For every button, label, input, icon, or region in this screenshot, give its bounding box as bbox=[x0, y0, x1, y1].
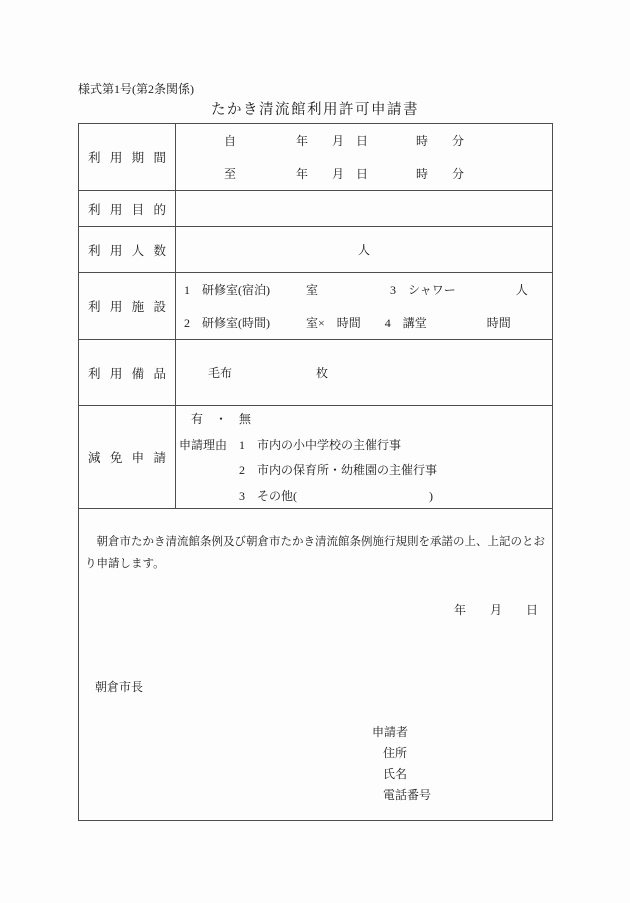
row-usage-period: 利用期間 自 年 月 日 時 分 至 年 月 日 時 分 bbox=[79, 124, 552, 191]
facilities-label-cell: 利用施設 bbox=[79, 273, 176, 339]
applicant-heading: 申請者 bbox=[372, 722, 431, 743]
application-form-table: 利用期間 自 年 月 日 時 分 至 年 月 日 時 分 利用目的 利用人数 人… bbox=[78, 123, 553, 821]
declaration-line-2: り申請します。 bbox=[85, 553, 544, 575]
applicant-block: 申請者 住所 氏名 電話番号 bbox=[372, 722, 431, 806]
application-date-line: 年 月 日 bbox=[454, 601, 538, 618]
exemption-yes-no-line: 有 ・ 無 bbox=[179, 410, 552, 427]
facilities-line-2: 2 研修室(時間) 室× 時間 4 講堂 時間 bbox=[184, 314, 552, 331]
row-facilities: 利用施設 1 研修室(宿泊) 室 3 シャワー 人 2 研修室(時間) 室× 時… bbox=[79, 273, 552, 340]
exemption-label: 減免申請 bbox=[79, 448, 175, 466]
facilities-content: 1 研修室(宿泊) 室 3 シャワー 人 2 研修室(時間) 室× 時間 4 講… bbox=[176, 273, 552, 339]
equipment-label-cell: 利用備品 bbox=[79, 340, 176, 405]
signature-section: 朝倉市たかき清流館条例及び朝倉市たかき清流館条例施行規則を承諾の上、上記のとお … bbox=[79, 509, 552, 820]
exemption-reason-line-3: 3 その他( ) bbox=[179, 487, 552, 504]
mayor-label: 朝倉市長 bbox=[95, 678, 143, 695]
row-usage-purpose: 利用目的 bbox=[79, 191, 552, 227]
applicant-address-label: 住所 bbox=[372, 743, 431, 764]
facilities-line-1: 1 研修室(宿泊) 室 3 シャワー 人 bbox=[184, 281, 552, 298]
usage-period-from-line: 自 年 月 日 時 分 bbox=[176, 132, 552, 149]
applicant-name-label: 氏名 bbox=[372, 764, 431, 785]
usage-purpose-content bbox=[176, 191, 552, 226]
usage-purpose-label: 利用目的 bbox=[79, 200, 175, 218]
exemption-reason-line-2: 2 市内の保育所・幼稚園の主催行事 bbox=[179, 461, 552, 478]
row-equipment: 利用備品 毛布 枚 bbox=[79, 340, 552, 406]
declaration-paragraph: 朝倉市たかき清流館条例及び朝倉市たかき清流館条例施行規則を承諾の上、上記のとお … bbox=[85, 531, 544, 575]
usage-people-label-cell: 利用人数 bbox=[79, 227, 176, 272]
equipment-content: 毛布 枚 bbox=[176, 340, 552, 405]
exemption-content: 有 ・ 無 申請理由 1 市内の小中学校の主催行事 2 市内の保育所・幼稚園の主… bbox=[176, 406, 552, 508]
facilities-label: 利用施設 bbox=[79, 297, 175, 315]
equipment-line: 毛布 枚 bbox=[184, 364, 328, 381]
exemption-reason-line-1: 申請理由 1 市内の小中学校の主催行事 bbox=[179, 436, 552, 453]
usage-period-label-cell: 利用期間 bbox=[79, 124, 176, 190]
usage-people-content: 人 bbox=[176, 227, 552, 272]
declaration-line-1: 朝倉市たかき清流館条例及び朝倉市たかき清流館条例施行規則を承諾の上、上記のとお bbox=[85, 531, 544, 553]
usage-people-unit: 人 bbox=[358, 241, 370, 258]
usage-people-label: 利用人数 bbox=[79, 241, 175, 259]
equipment-label: 利用備品 bbox=[79, 364, 175, 382]
usage-period-label: 利用期間 bbox=[79, 148, 175, 166]
applicant-phone-label: 電話番号 bbox=[372, 785, 431, 806]
usage-purpose-label-cell: 利用目的 bbox=[79, 191, 176, 226]
row-usage-people: 利用人数 人 bbox=[79, 227, 552, 273]
usage-period-to-line: 至 年 月 日 時 分 bbox=[176, 165, 552, 182]
row-exemption: 減免申請 有 ・ 無 申請理由 1 市内の小中学校の主催行事 2 市内の保育所・… bbox=[79, 406, 552, 509]
exemption-label-cell: 減免申請 bbox=[79, 406, 176, 508]
page-title: たかき清流館利用許可申請書 bbox=[0, 98, 630, 119]
usage-period-content: 自 年 月 日 時 分 至 年 月 日 時 分 bbox=[176, 124, 552, 190]
form-number: 様式第1号(第2条関係) bbox=[78, 80, 194, 97]
